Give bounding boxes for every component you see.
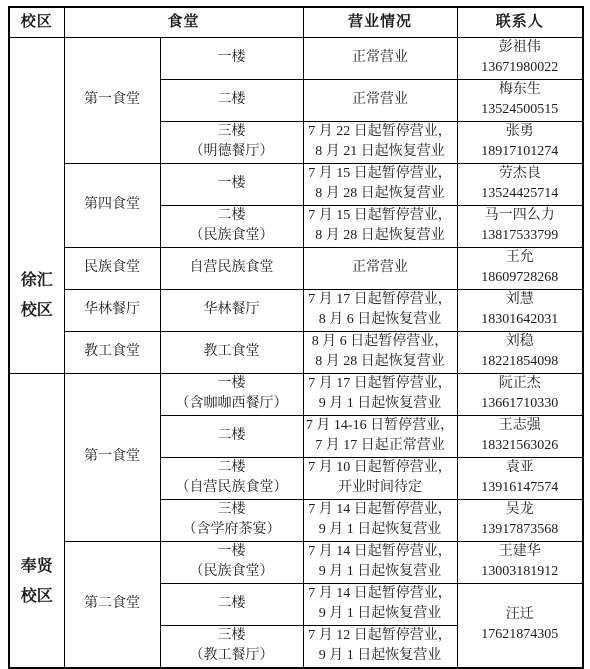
- table-row: 华林餐厅华林餐厅7 月 17 日起暂停营业，8 月 6 日起恢复营业刘慧1830…: [9, 289, 583, 331]
- canteen-name-cell: 第二食堂: [64, 541, 160, 668]
- status-line: 7 月 14 日起暂停营业，: [306, 542, 455, 563]
- table-row: 奉贤校区第一食堂一楼（含咖咖西餐厅）7 月 17 日起暂停营业，9 月 1 日起…: [9, 373, 583, 415]
- contact-line: 13524425714: [460, 184, 581, 205]
- canteen-status-document: 校区 食堂 营业情况 联系人 徐汇校区第一食堂一楼正常营业彭祖伟13671980…: [0, 0, 590, 669]
- floor-line: 二楼: [163, 458, 301, 479]
- contact-line: 张勇: [460, 122, 581, 143]
- contact-cell: 王建华13003181912: [457, 541, 583, 583]
- contact-line: 18917101274: [460, 142, 581, 163]
- contact-line: 梅东生: [460, 80, 581, 101]
- floor-line: 二楼: [163, 594, 301, 615]
- contact-line: 劳杰良: [460, 164, 581, 185]
- status-line: 正常营业: [306, 258, 455, 279]
- status-line: 9 月 1 日起恢复营业: [306, 394, 455, 415]
- contact-cell: 彭祖伟13671980022: [457, 37, 583, 79]
- contact-line: 阮正杰: [460, 374, 581, 395]
- contact-line: 汪迁: [460, 605, 581, 626]
- status-cell: 正常营业: [303, 247, 457, 289]
- contact-line: 13817533799: [460, 226, 581, 247]
- status-line: 9 月 1 日起恢复营业: [306, 562, 455, 583]
- contact-line: 13916147574: [460, 478, 581, 499]
- contact-cell: 劳杰良13524425714: [457, 163, 583, 205]
- canteen-name-cell: 教工食堂: [64, 331, 160, 373]
- floor-line: 二楼: [163, 206, 301, 227]
- header-canteen: 食堂: [64, 7, 303, 37]
- status-line: 开业时间待定: [306, 478, 455, 499]
- status-cell: 7 月 12 日起暂停营业，9 月 1 日起恢复营业: [303, 625, 457, 668]
- status-line: 7 月 17 日起暂停营业，: [306, 374, 455, 395]
- status-line: 8 月 21 日起恢复营业: [306, 142, 455, 163]
- status-line: 7 月 10 日起暂停营业，: [306, 458, 455, 479]
- status-cell: 7 月 14-16 日暂停营业，7 月 17 日起正常营业: [303, 415, 457, 457]
- floor-line: 二楼: [163, 90, 301, 111]
- floor-line: 教工食堂: [163, 342, 301, 363]
- floor-cell: 教工食堂: [160, 331, 303, 373]
- canteen-name: 第一食堂: [67, 447, 158, 468]
- table-row: 第二食堂一楼（民族食堂）7 月 14 日起暂停营业，9 月 1 日起恢复营业王建…: [9, 541, 583, 583]
- header-campus: 校区: [9, 7, 64, 37]
- status-cell: 7 月 17 日起暂停营业，9 月 1 日起恢复营业: [303, 373, 457, 415]
- status-line: 8 月 28 日起恢复营业: [306, 184, 455, 205]
- status-cell: 7 月 15 日起暂停营业，8 月 28 日起恢复营业: [303, 205, 457, 247]
- contact-cell: 刘稳18221854098: [457, 331, 583, 373]
- floor-cell: 一楼（民族食堂）: [160, 541, 303, 583]
- floor-line: 三楼: [163, 122, 301, 143]
- contact-line: 王允: [460, 248, 581, 269]
- floor-cell: 三楼（含学府茶宴）: [160, 499, 303, 541]
- status-line: 7 月 17 日起正常营业: [306, 436, 455, 457]
- contact-line: 刘稳: [460, 332, 581, 353]
- contact-cell: 汪迁17621874305: [457, 583, 583, 668]
- contact-line: 彭祖伟: [460, 38, 581, 59]
- contact-cell: 王志强18321563026: [457, 415, 583, 457]
- floor-cell: 华林餐厅: [160, 289, 303, 331]
- contact-cell: 阮正杰13661710330: [457, 373, 583, 415]
- floor-line: 自营民族食堂: [163, 258, 301, 279]
- contact-cell: 袁亚13916147574: [457, 457, 583, 499]
- status-line: 7 月 15 日起暂停营业，: [306, 164, 455, 185]
- table-row: 徐汇校区第一食堂一楼正常营业彭祖伟13671980022: [9, 37, 583, 79]
- status-line: 正常营业: [306, 48, 455, 69]
- floor-cell: 一楼: [160, 163, 303, 205]
- contact-line: 18609728268: [460, 268, 581, 289]
- canteen-status-table: 校区 食堂 营业情况 联系人 徐汇校区第一食堂一楼正常营业彭祖伟13671980…: [8, 6, 584, 669]
- campus-label: 奉贤校区: [12, 552, 62, 612]
- floor-cell: 三楼（教工餐厅）: [160, 625, 303, 668]
- status-cell: 7 月 14 日起暂停营业，9 月 1 日起恢复营业: [303, 583, 457, 625]
- canteen-name: 教工食堂: [67, 342, 158, 363]
- status-line: 8 月 28 日起恢复营业: [306, 352, 455, 373]
- table-row: 民族食堂自营民族食堂正常营业王允18609728268: [9, 247, 583, 289]
- contact-line: 13003181912: [460, 562, 581, 583]
- floor-cell: 一楼（含咖咖西餐厅）: [160, 373, 303, 415]
- contact-cell: 张勇18917101274: [457, 121, 583, 163]
- contact-line: 吴龙: [460, 500, 581, 521]
- status-line: 7 月 12 日起暂停营业，: [306, 626, 455, 647]
- floor-line: （民族食堂）: [163, 562, 301, 583]
- floor-line: （明德餐厅）: [163, 142, 301, 163]
- floor-cell: 二楼: [160, 583, 303, 625]
- floor-line: 三楼: [163, 626, 301, 647]
- status-cell: 7 月 15 日起暂停营业，8 月 28 日起恢复营业: [303, 163, 457, 205]
- contact-line: 13671980022: [460, 58, 581, 79]
- canteen-name-cell: 第一食堂: [64, 373, 160, 541]
- campus-name-line: 奉贤: [12, 552, 62, 582]
- floor-line: （含咖咖西餐厅）: [163, 394, 301, 415]
- contact-line: 13917873568: [460, 520, 581, 541]
- contact-line: 18221854098: [460, 352, 581, 373]
- contact-line: 王志强: [460, 416, 581, 437]
- status-cell: 7 月 10 日起暂停营业，开业时间待定: [303, 457, 457, 499]
- status-line: 9 月 1 日起恢复营业: [306, 604, 455, 625]
- campus-name-line: 徐汇: [12, 266, 62, 296]
- status-cell: 8 月 6 日起暂停营业，8 月 28 日起恢复营业: [303, 331, 457, 373]
- floor-line: 一楼: [163, 48, 301, 69]
- floor-line: （含学府茶宴）: [163, 520, 301, 541]
- status-line: 8 月 28 日起恢复营业: [306, 226, 455, 247]
- floor-cell: 二楼: [160, 79, 303, 121]
- header-status: 营业情况: [303, 7, 457, 37]
- status-line: 7 月 14-16 日暂停营业，: [306, 416, 455, 437]
- floor-line: （民族食堂）: [163, 226, 301, 247]
- canteen-name-cell: 华林餐厅: [64, 289, 160, 331]
- status-line: 正常营业: [306, 90, 455, 111]
- status-line: 7 月 14 日起暂停营业，: [306, 584, 455, 605]
- floor-line: （教工餐厅）: [163, 646, 301, 667]
- status-cell: 7 月 22 日起暂停营业，8 月 21 日起恢复营业: [303, 121, 457, 163]
- floor-cell: 三楼（明德餐厅）: [160, 121, 303, 163]
- contact-line: 18301642031: [460, 310, 581, 331]
- floor-cell: 一楼: [160, 37, 303, 79]
- contact-line: 袁亚: [460, 458, 581, 479]
- floor-line: 三楼: [163, 500, 301, 521]
- contact-cell: 马一四么力13817533799: [457, 205, 583, 247]
- campus-label: 徐汇校区: [12, 266, 62, 326]
- campus-name-line: 校区: [12, 296, 62, 326]
- contact-line: 18321563026: [460, 436, 581, 457]
- contact-line: 17621874305: [460, 625, 581, 646]
- floor-cell: 二楼: [160, 415, 303, 457]
- canteen-name: 第二食堂: [67, 594, 158, 615]
- floor-line: 华林餐厅: [163, 300, 301, 321]
- canteen-name: 民族食堂: [67, 258, 158, 279]
- canteen-name: 第四食堂: [67, 195, 158, 216]
- canteen-name-cell: 第一食堂: [64, 37, 160, 163]
- floor-line: 一楼: [163, 542, 301, 563]
- contact-line: 马一四么力: [460, 206, 581, 227]
- table-row: 第四食堂一楼7 月 15 日起暂停营业，8 月 28 日起恢复营业劳杰良1352…: [9, 163, 583, 205]
- status-cell: 7 月 14 日起暂停营业，9 月 1 日起恢复营业: [303, 541, 457, 583]
- status-cell: 正常营业: [303, 79, 457, 121]
- header-contact: 联系人: [457, 7, 583, 37]
- status-cell: 7 月 14 日起暂停营业，9 月 1 日起恢复营业: [303, 499, 457, 541]
- contact-line: 王建华: [460, 542, 581, 563]
- status-line: 9 月 1 日起恢复营业: [306, 646, 455, 667]
- contact-cell: 吴龙13917873568: [457, 499, 583, 541]
- canteen-name-cell: 第四食堂: [64, 163, 160, 247]
- status-line: 7 月 15 日起暂停营业，: [306, 206, 455, 227]
- status-line: 9 月 1 日起恢复营业: [306, 520, 455, 541]
- status-line: 8 月 6 日起恢复营业: [306, 310, 455, 331]
- contact-line: 13661710330: [460, 394, 581, 415]
- status-line: 7 月 14 日起暂停营业，: [306, 500, 455, 521]
- campus-name-line: 校区: [12, 582, 62, 612]
- floor-line: 二楼: [163, 426, 301, 447]
- status-line: 8 月 6 日起暂停营业，: [306, 332, 455, 353]
- canteen-name: 第一食堂: [67, 90, 158, 111]
- campus-cell: 奉贤校区: [9, 373, 64, 668]
- floor-line: 一楼: [163, 174, 301, 195]
- campus-cell: 徐汇校区: [9, 37, 64, 373]
- canteen-name-cell: 民族食堂: [64, 247, 160, 289]
- floor-line: 一楼: [163, 374, 301, 395]
- status-line: 7 月 17 日起暂停营业，: [306, 290, 455, 311]
- floor-cell: 自营民族食堂: [160, 247, 303, 289]
- floor-line: （自营民族食堂）: [163, 478, 301, 499]
- header-row: 校区 食堂 营业情况 联系人: [9, 7, 583, 37]
- contact-line: 13524500515: [460, 100, 581, 121]
- status-cell: 正常营业: [303, 37, 457, 79]
- floor-cell: 二楼（自营民族食堂）: [160, 457, 303, 499]
- table-row: 教工食堂教工食堂8 月 6 日起暂停营业，8 月 28 日起恢复营业刘稳1822…: [9, 331, 583, 373]
- contact-cell: 王允18609728268: [457, 247, 583, 289]
- contact-line: 刘慧: [460, 290, 581, 311]
- contact-cell: 梅东生13524500515: [457, 79, 583, 121]
- floor-cell: 二楼（民族食堂）: [160, 205, 303, 247]
- status-line: 7 月 22 日起暂停营业，: [306, 122, 455, 143]
- contact-cell: 刘慧18301642031: [457, 289, 583, 331]
- status-cell: 7 月 17 日起暂停营业，8 月 6 日起恢复营业: [303, 289, 457, 331]
- canteen-name: 华林餐厅: [67, 300, 158, 321]
